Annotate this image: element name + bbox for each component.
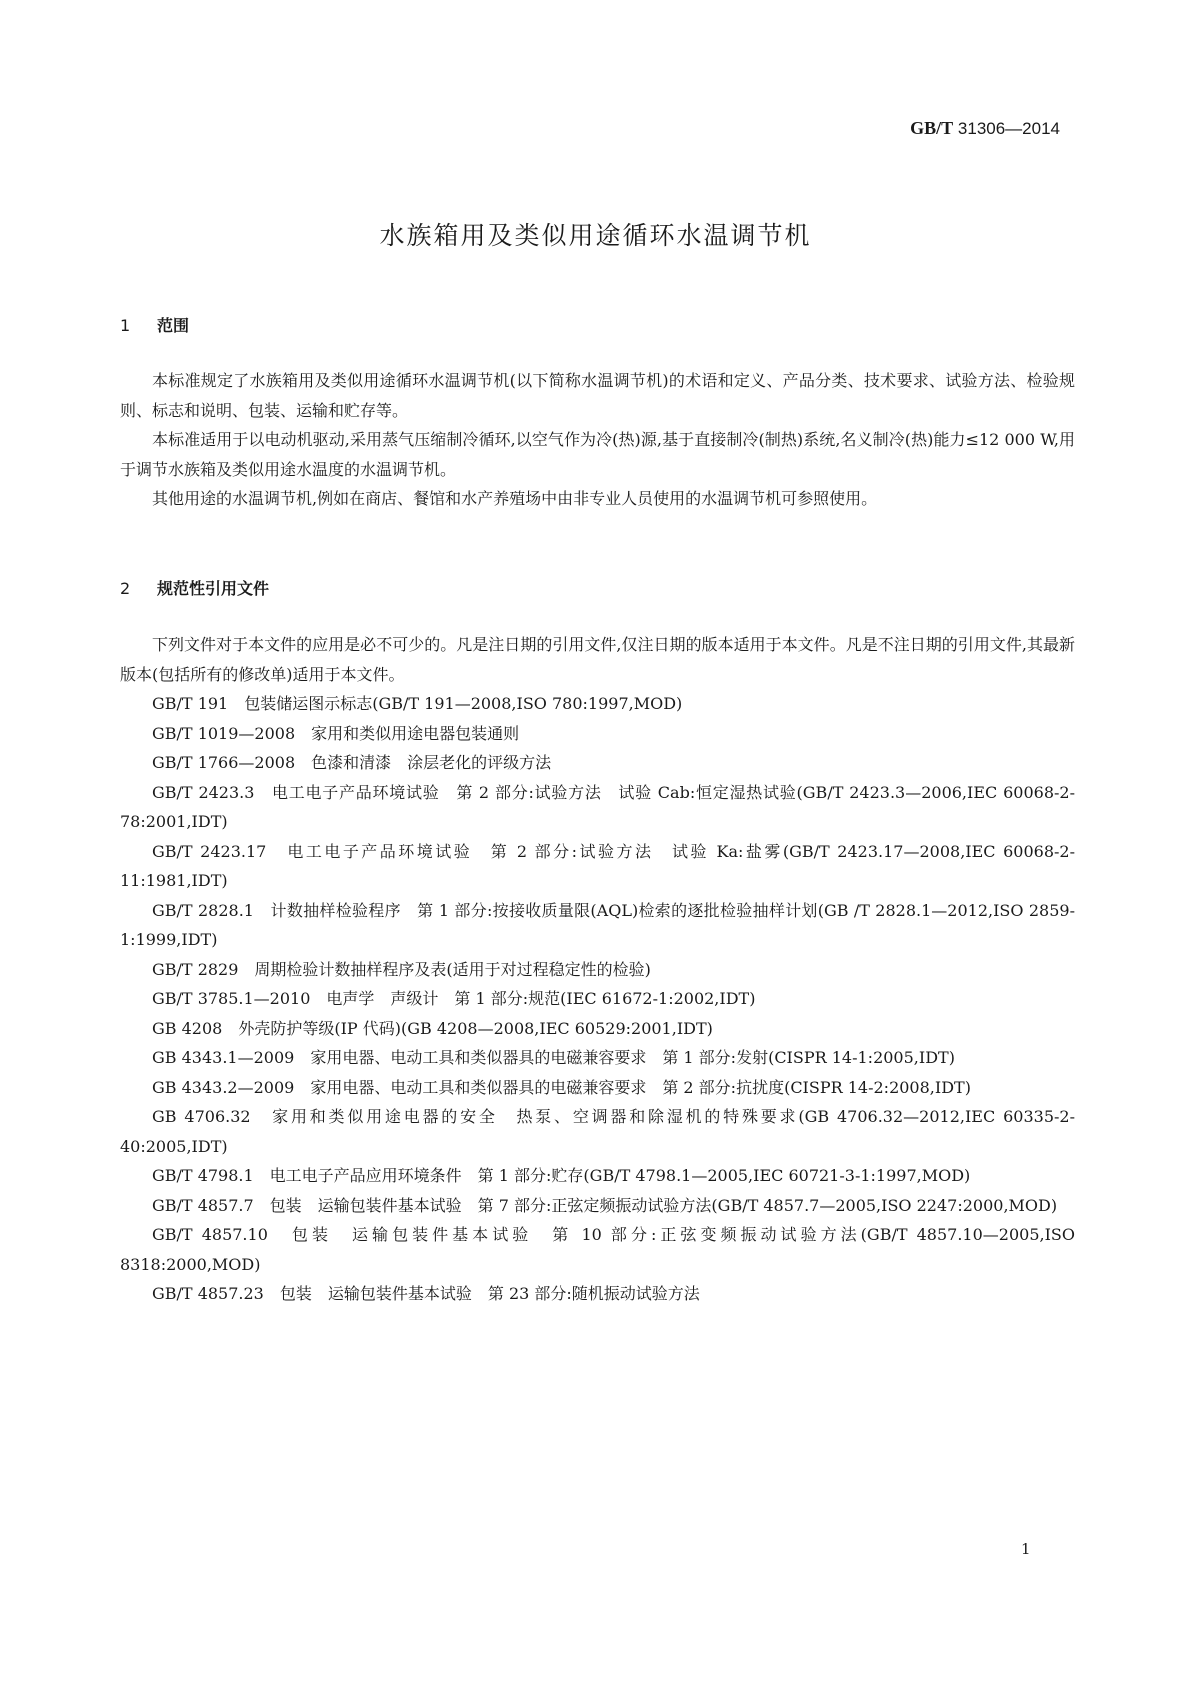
references-body: 下列文件对于本文件的应用是必不可少的。凡是注日期的引用文件,仅注日期的版本适用于… — [120, 630, 1075, 1309]
reference-item: GB 4706.32 家用和类似用途电器的安全 热泵、空调器和除湿机的特殊要求(… — [120, 1102, 1075, 1161]
reference-item: GB/T 1766—2008 色漆和清漆 涂层老化的评级方法 — [120, 748, 1075, 778]
reference-item: GB/T 4857.10 包装 运输包装件基本试验 第 10 部分:正弦变频振动… — [120, 1220, 1075, 1279]
reference-item: GB 4208 外壳防护等级(IP 代码)(GB 4208—2008,IEC 6… — [120, 1014, 1075, 1044]
scope-body: 本标准规定了水族箱用及类似用途循环水温调节机(以下简称水温调节机)的术语和定义、… — [120, 366, 1075, 514]
reference-item: GB/T 2423.17 电工电子产品环境试验 第 2 部分:试验方法 试验 K… — [120, 837, 1075, 896]
standard-number: 31306—2014 — [958, 119, 1060, 138]
reference-item: GB/T 4798.1 电工电子产品应用环境条件 第 1 部分:贮存(GB/T … — [120, 1161, 1075, 1191]
paragraph-intro: 下列文件对于本文件的应用是必不可少的。凡是注日期的引用文件,仅注日期的版本适用于… — [120, 630, 1075, 689]
reference-item: GB/T 2828.1 计数抽样检验程序 第 1 部分:按接收质量限(AQL)检… — [120, 896, 1075, 955]
reference-item: GB/T 4857.7 包装 运输包装件基本试验 第 7 部分:正弦定频振动试验… — [120, 1191, 1075, 1221]
page-number: 1 — [1021, 1540, 1031, 1558]
reference-item: GB/T 2423.3 电工电子产品环境试验 第 2 部分:试验方法 试验 Ca… — [120, 778, 1075, 837]
section-title: 范围 — [157, 316, 189, 335]
section-number: 2 — [120, 579, 157, 598]
paragraph: 本标准规定了水族箱用及类似用途循环水温调节机(以下简称水温调节机)的术语和定义、… — [120, 366, 1075, 425]
section-heading-normative-references: 2规范性引用文件 — [120, 576, 269, 599]
section-number: 1 — [120, 316, 157, 335]
reference-item: GB/T 4857.23 包装 运输包装件基本试验 第 23 部分:随机振动试验… — [120, 1279, 1075, 1309]
reference-item: GB 4343.2—2009 家用电器、电动工具和类似器具的电磁兼容要求 第 2… — [120, 1073, 1075, 1103]
standard-code: GB/T 31306—2014 — [910, 118, 1060, 139]
paragraph: 本标准适用于以电动机驱动,采用蒸气压缩制冷循环,以空气作为冷(热)源,基于直接制… — [120, 425, 1075, 484]
reference-item: GB/T 191 包装储运图示标志(GB/T 191—2008,ISO 780:… — [120, 689, 1075, 719]
reference-item: GB 4343.1—2009 家用电器、电动工具和类似器具的电磁兼容要求 第 1… — [120, 1043, 1075, 1073]
reference-item: GB/T 1019—2008 家用和类似用途电器包装通则 — [120, 719, 1075, 749]
document-title: 水族箱用及类似用途循环水温调节机 — [0, 216, 1191, 252]
reference-item: GB/T 2829 周期检验计数抽样程序及表(适用于对过程稳定性的检验) — [120, 955, 1075, 985]
paragraph: 其他用途的水温调节机,例如在商店、餐馆和水产养殖场中由非专业人员使用的水温调节机… — [120, 484, 1075, 514]
standard-prefix: GB/T — [910, 118, 953, 138]
reference-item: GB/T 3785.1—2010 电声学 声级计 第 1 部分:规范(IEC 6… — [120, 984, 1075, 1014]
section-title: 规范性引用文件 — [157, 579, 269, 598]
section-heading-scope: 1范围 — [120, 313, 189, 336]
